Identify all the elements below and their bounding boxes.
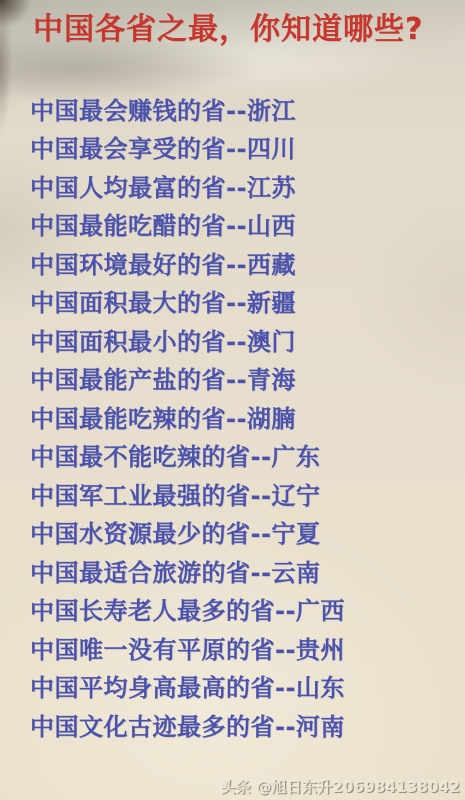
list-item: 中国平均身高最高的省--山东 <box>30 667 455 706</box>
list-item: 中国环境最好的省--西藏 <box>30 243 455 282</box>
facts-list: 中国最会赚钱的省--浙江 中国最会享受的省--四川 中国人均最富的省--江苏 中… <box>30 89 455 744</box>
list-item: 中国最会赚钱的省--浙江 <box>30 89 455 128</box>
list-item: 中国水资源最少的省--宁夏 <box>30 513 455 552</box>
list-item: 中国最能吃辣的省--湖腩 <box>30 397 455 436</box>
list-item: 中国最能吃醋的省--山西 <box>30 205 455 244</box>
list-item: 中国面积最小的省--澳门 <box>30 320 455 359</box>
list-item: 中国唯一没有平原的省--贵州 <box>30 628 455 667</box>
shared-image-canvas: 中国各省之最，你知道哪些? 中国最会赚钱的省--浙江 中国最会享受的省--四川 … <box>0 0 465 800</box>
list-item: 中国人均最富的省--江苏 <box>30 166 455 205</box>
list-item: 中国最不能吃辣的省--广东 <box>30 436 455 475</box>
list-item: 中国面积最大的省--新疆 <box>30 282 455 321</box>
list-item: 中国军工业最强的省--辽宁 <box>30 474 455 513</box>
page-title: 中国各省之最，你知道哪些? <box>33 13 423 47</box>
list-item: 中国最能产盐的省--青海 <box>30 359 455 398</box>
list-item: 中国文化古迹最多的省--河南 <box>30 705 455 744</box>
list-item: 中国长寿老人最多的省--广西 <box>30 590 455 629</box>
list-item: 中国最适合旅游的省--云南 <box>30 551 455 590</box>
list-item: 中国最会享受的省--四川 <box>30 128 455 167</box>
toutiao-watermark: 头条 @旭日东升206984138042 <box>221 776 460 797</box>
